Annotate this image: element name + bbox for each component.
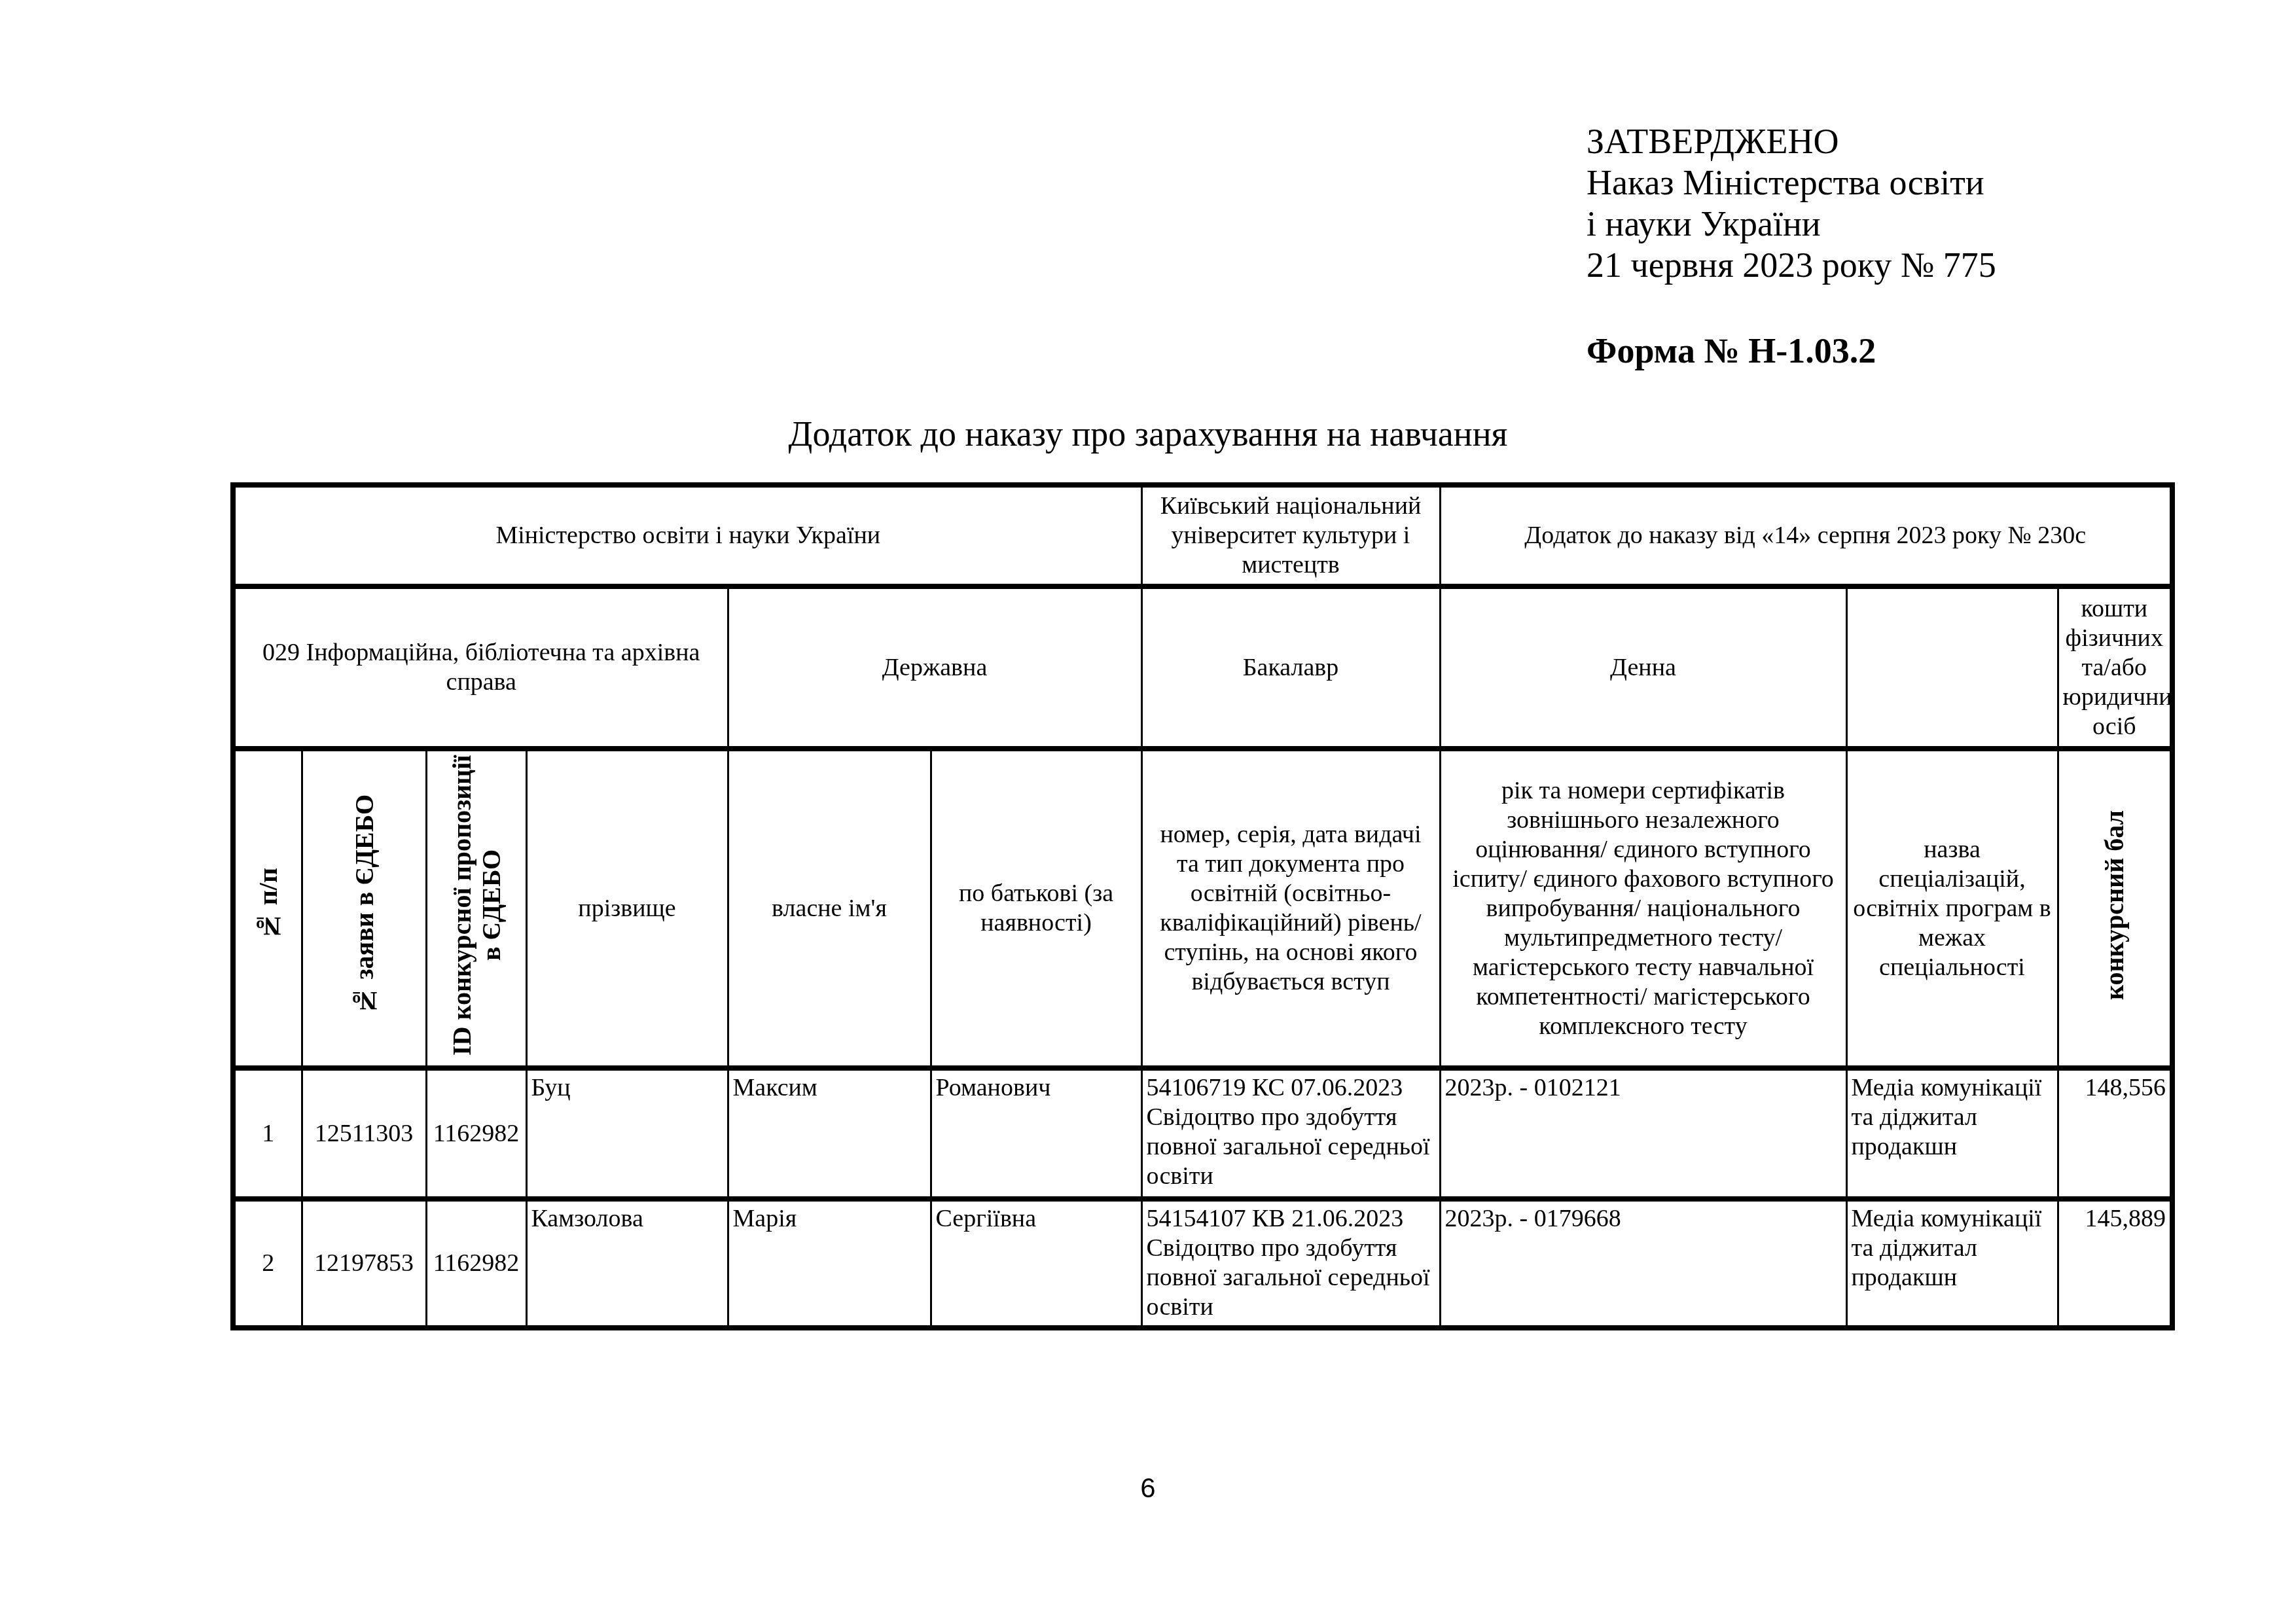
approved-line: Наказ Міністерства освіти	[1587, 162, 1996, 204]
row-score: 148,556	[2058, 1068, 2172, 1199]
funding-cell: кошти фізичних та/або юридичних осіб	[2058, 586, 2172, 749]
row-document: 54154107 КВ 21.06.2023 Свідоцтво про здо…	[1141, 1199, 1440, 1328]
col-header-patronymic: по батькові (за наявності)	[931, 749, 1141, 1068]
approved-line: і науки України	[1587, 204, 1996, 245]
degree-cell: Бакалавр	[1141, 586, 1440, 749]
col-header-score: конкурсний бал	[2058, 749, 2172, 1068]
col-header-application: № заяви в ЄДЕБО	[302, 749, 426, 1068]
table-top-row: Міністерство освіти і науки України Київ…	[233, 485, 2172, 586]
col-header-surname: прізвище	[526, 749, 728, 1068]
row-certificates: 2023р. - 0102121	[1440, 1068, 1846, 1199]
row-offer-id: 1162982	[426, 1068, 526, 1199]
col-header-offer-id: ID конкурсної пропозиції в ЄДЕБО	[426, 749, 526, 1068]
university-cell: Київський національний університет культ…	[1141, 485, 1440, 586]
table-row: 1 12511303 1162982 Буц Максим Романович …	[233, 1068, 2172, 1199]
row-patronymic: Романович	[931, 1068, 1141, 1199]
row-num: 2	[233, 1199, 302, 1328]
study-form-cell: Денна	[1440, 586, 1846, 749]
row-application-id: 12197853	[302, 1199, 426, 1328]
order-cell: Додаток до наказу від «14» серпня 2023 р…	[1440, 485, 2172, 586]
row-specialization: Медіа комунікації та діджитал продакшн	[1846, 1068, 2058, 1199]
enrollment-table: Міністерство освіти і науки України Київ…	[230, 482, 2175, 1330]
row-name: Марія	[728, 1199, 931, 1328]
column-header-row: № п/п № заяви в ЄДЕБО ID конкурсної проп…	[233, 749, 2172, 1068]
approved-line: 21 червня 2023 року № 775	[1587, 245, 1996, 286]
ministry-cell: Міністерство освіти і науки України	[233, 485, 1141, 586]
col-header-document: номер, серія, дата видачі та тип докумен…	[1141, 749, 1440, 1068]
col-header-specialization: назва спеціалізацій, освітніх програм в …	[1846, 749, 2058, 1068]
row-name: Максим	[728, 1068, 931, 1199]
ownership-cell: Державна	[728, 586, 1141, 749]
row-surname: Камзолова	[526, 1199, 728, 1328]
col-header-certificates: рік та номери сертифікатів зовнішнього н…	[1440, 749, 1846, 1068]
row-application-id: 12511303	[302, 1068, 426, 1199]
row-score: 145,889	[2058, 1199, 2172, 1328]
approved-line: ЗАТВЕРДЖЕНО	[1587, 121, 1996, 162]
row-offer-id: 1162982	[426, 1199, 526, 1328]
table-row: 2 12197853 1162982 Камзолова Марія Сергі…	[233, 1199, 2172, 1328]
form-number: Форма № Н-1.03.2	[1587, 330, 1876, 371]
row-num: 1	[233, 1068, 302, 1199]
row-document: 54106719 КС 07.06.2023 Свідоцтво про здо…	[1141, 1068, 1440, 1199]
col-header-num: № п/п	[233, 749, 302, 1068]
empty-cell	[1846, 586, 2058, 749]
specialty-cell: 029 Інформаційна, бібліотечна та архівна…	[233, 586, 728, 749]
col-header-name: власне ім'я	[728, 749, 931, 1068]
page-number: 6	[0, 1472, 2296, 1504]
table-second-row: 029 Інформаційна, бібліотечна та архівна…	[233, 586, 2172, 749]
row-patronymic: Сергіївна	[931, 1199, 1141, 1328]
row-specialization: Медіа комунікації та діджитал продакшн	[1846, 1199, 2058, 1328]
document-title: Додаток до наказу про зарахування на нав…	[0, 414, 2296, 454]
row-certificates: 2023р. - 0179668	[1440, 1199, 1846, 1328]
row-surname: Буц	[526, 1068, 728, 1199]
approval-block: ЗАТВЕРДЖЕНО Наказ Міністерства освіти і …	[1587, 121, 1996, 286]
